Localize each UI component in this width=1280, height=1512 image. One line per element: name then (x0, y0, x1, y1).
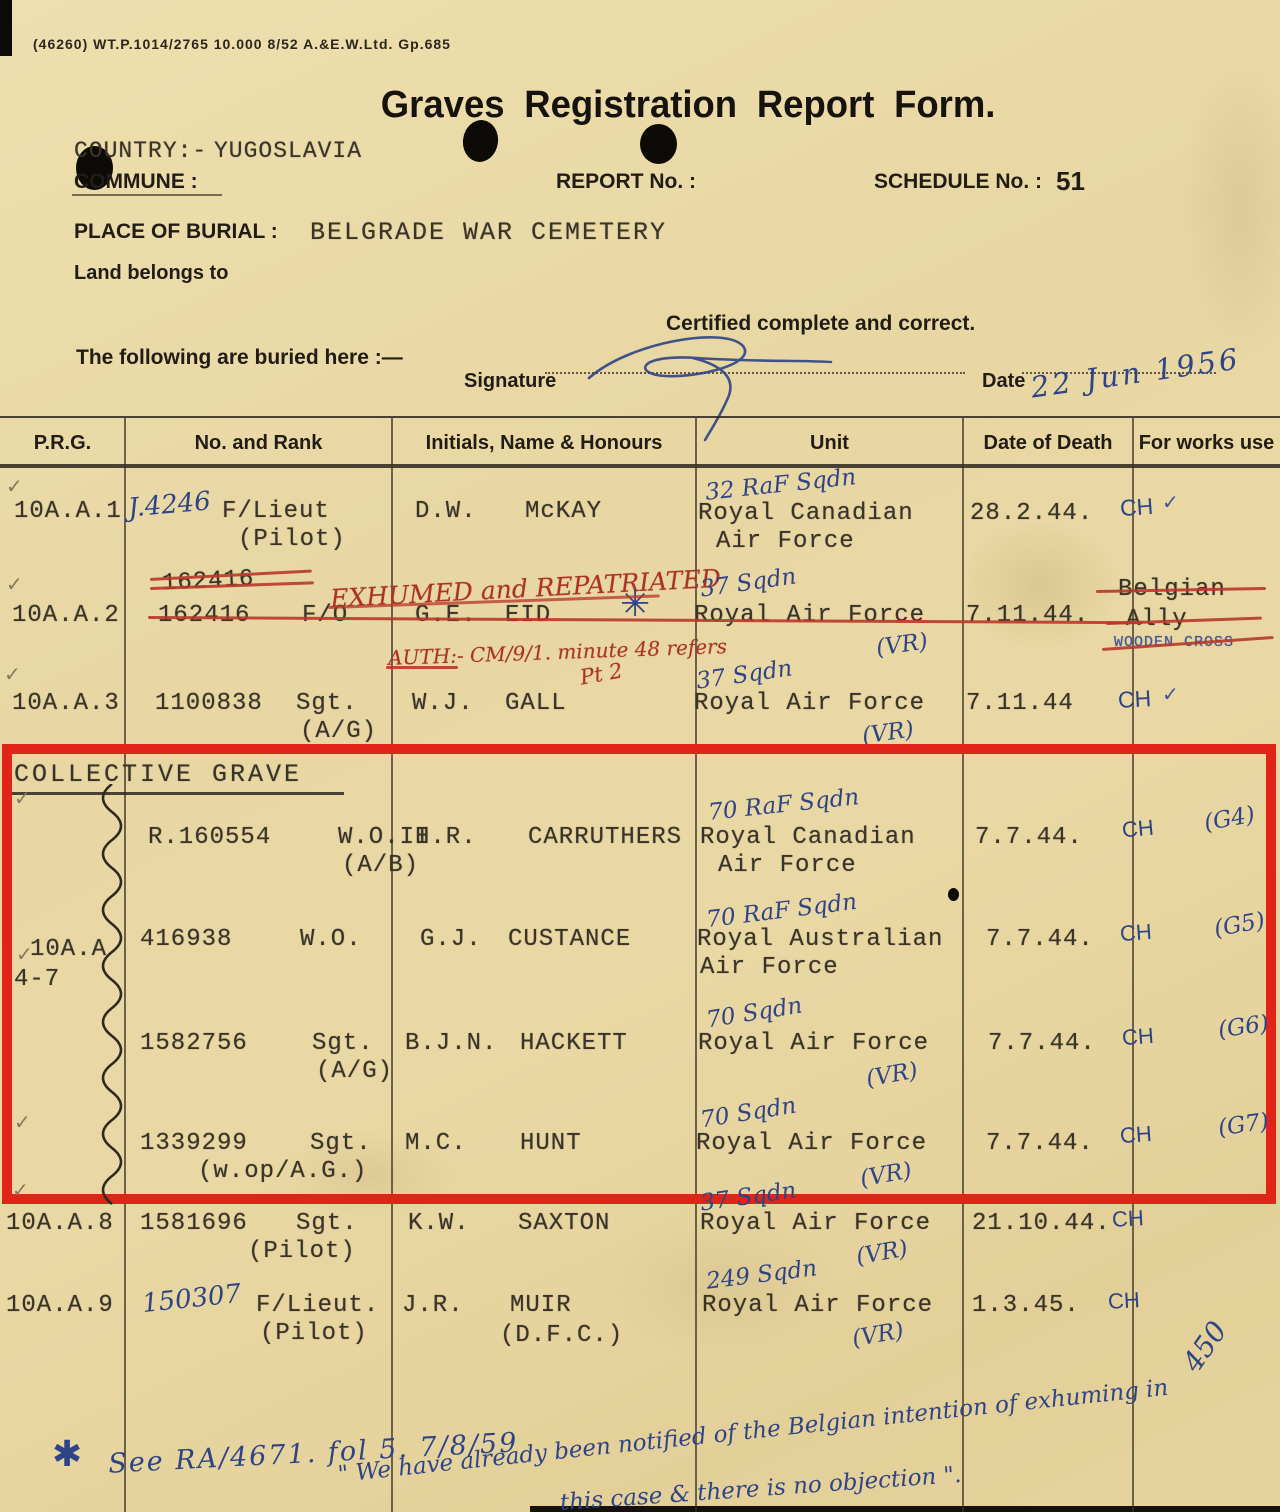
service-no-cell: 416938 (140, 926, 232, 953)
surname-cell: SAXTON (518, 1210, 610, 1237)
rank-cell: Sgt. (312, 1030, 374, 1057)
unit-cell: Royal Canadian (700, 824, 916, 851)
col-header-works: For works use (1133, 432, 1280, 455)
rank-cell-2: (A/G) (316, 1058, 393, 1085)
death-date-cell: 28.2.44. (970, 500, 1093, 527)
initials-cell: D.W. (415, 498, 477, 525)
footnote-quote-line2: this case & there is no objection ". (559, 1462, 962, 1512)
report-no-label: REPORT No. : (556, 170, 696, 194)
unit-cell-2: Air Force (718, 852, 857, 879)
rank-cell-2: (A/B) (342, 852, 419, 879)
auth-annotation: AUTH:- CM/9/1. minute 48 refers (388, 634, 728, 670)
paper-stain (960, 520, 1120, 650)
form-title: Graves Registration Report Form. (381, 84, 996, 127)
death-date-cell: 1.3.45. (972, 1292, 1080, 1319)
works-note: CH (1111, 1205, 1144, 1233)
works-note: CH (1121, 815, 1155, 844)
printer-imprint: (46260) WT.P.1014/2765 10.000 8/52 A.&E.… (33, 36, 451, 52)
unit-cell-2: Air Force (700, 954, 839, 981)
collective-grave-underline (12, 792, 344, 795)
margin-check: ✓ (6, 572, 23, 596)
death-date-cell: 7.11.44. (966, 602, 1089, 629)
pen-line (72, 194, 222, 196)
prg-cell: 10A.A.1 (14, 498, 122, 525)
rank-cell: F/Lieut (222, 498, 330, 525)
date-label: Date (982, 370, 1025, 393)
unit-vr-note: (VR) (854, 1236, 910, 1271)
country-label: COUNTRY:- (74, 138, 207, 164)
land-belongs-label: Land belongs to (74, 262, 228, 285)
commune-label: COMMUNE : (74, 170, 198, 194)
unit-cell-2: Air Force (716, 528, 855, 555)
service-no-handwritten: J.4246 (127, 486, 212, 523)
document-page: (46260) WT.P.1014/2765 10.000 8/52 A.&E.… (0, 0, 1280, 1512)
collective-prg-line2: 4-7 (14, 966, 60, 993)
rank-cell-2: (Pilot) (248, 1238, 356, 1265)
schedule-no-label: SCHEDULE No. : (874, 170, 1042, 194)
signature-scribble (575, 322, 865, 442)
works-check: ✓ (1162, 490, 1179, 514)
col-header-name: Initials, Name & Honours (392, 432, 696, 455)
margin-check: ✓ (12, 1178, 29, 1202)
schedule-no-value: 51 (1056, 166, 1085, 197)
unit-cell: Royal Air Force (700, 1210, 931, 1237)
initials-cell: J.R. (402, 1292, 464, 1319)
unit-cell: Royal Air Force (694, 690, 925, 717)
service-no-cell: 1582756 (140, 1030, 248, 1057)
rank-cell: Sgt. (296, 690, 358, 717)
unit-cell: Royal Air Force (694, 602, 925, 629)
works-check: ✓ (1162, 682, 1179, 706)
margin-check: ✓ (16, 942, 33, 966)
rank-cell: F/Lieut. (256, 1292, 379, 1319)
initials-cell: M.C. (405, 1130, 467, 1157)
honours-cell: (D.F.C.) (500, 1322, 623, 1349)
margin-check: ✓ (14, 786, 31, 810)
table-header-rule (0, 464, 1280, 468)
service-no-cell: 1339299 (140, 1130, 248, 1157)
prg-cell: 10A.A.8 (6, 1210, 114, 1237)
scan-edge-artifact (0, 0, 12, 56)
surname-cell: McKAY (525, 498, 602, 525)
works-note: CH (1121, 1023, 1155, 1051)
service-no-cell: 1100838 (155, 690, 263, 717)
paper-stain (1180, 60, 1280, 360)
works-note: CH (1119, 1121, 1153, 1149)
initials-cell: G.J. (420, 926, 482, 953)
pt2-annotation: Pt 2 (578, 658, 624, 689)
unit-vr-note: (VR) (850, 1318, 906, 1353)
works-note: CH (1119, 493, 1154, 522)
unit-cell: Royal Air Force (696, 1130, 927, 1157)
margin-check: ✓ (4, 662, 21, 686)
squadron-note: 249 Sqdn (705, 1255, 819, 1294)
col-header-prg: P.R.G. (0, 432, 125, 455)
col-header-no-rank: No. and Rank (125, 432, 392, 455)
table-top-rule (0, 416, 1280, 418)
death-date-cell: 7.7.44. (975, 824, 1083, 851)
red-underline (386, 666, 458, 669)
prg-cell: 10A.A.2 (12, 602, 120, 629)
squadron-note: 37 Sqdn (695, 655, 794, 694)
death-date-cell: 7.7.44. (988, 1030, 1096, 1057)
works-note: CH (1117, 685, 1152, 714)
margin-check: ✓ (14, 1110, 31, 1134)
death-date-cell: 7.11.44 (966, 690, 1074, 717)
surname-cell: GALL (505, 690, 567, 717)
works-note: CH (1119, 919, 1153, 947)
col-header-unit: Unit (696, 432, 963, 455)
initials-cell: K.W. (408, 1210, 470, 1237)
death-date-cell: 7.7.44. (986, 1130, 1094, 1157)
collective-grave-label: COLLECTIVE GRAVE (14, 760, 302, 789)
rank-cell: Sgt. (310, 1130, 372, 1157)
rank-cell-2: (Pilot) (238, 526, 346, 553)
rank-cell-2: (Pilot) (260, 1320, 368, 1347)
buried-here-label: The following are buried here :— (76, 346, 403, 370)
works-note: CH (1107, 1287, 1140, 1315)
service-no-handwritten: 150307 (141, 1279, 243, 1319)
initials-cell: B.J.N. (405, 1030, 497, 1057)
initials-cell: H.R. (415, 824, 477, 851)
rank-cell: W.O. (300, 926, 362, 953)
country-value: YUGOSLAVIA (214, 138, 362, 164)
death-date-cell: 21.10.44. (972, 1210, 1111, 1237)
prg-cell: 10A.A.9 (6, 1292, 114, 1319)
signature-label: Signature (464, 370, 556, 393)
collective-brace (86, 784, 126, 1208)
surname-cell: HUNT (520, 1130, 582, 1157)
rank-cell-2: (A/G) (300, 718, 377, 745)
punch-hole (640, 124, 677, 164)
rank-cell: Sgt. (296, 1210, 358, 1237)
footnote-star: ✱ (52, 1434, 82, 1475)
unit-vr-note: (VR) (874, 629, 929, 662)
surname-cell: EID (505, 602, 551, 629)
service-no-cell: R.160554 (148, 824, 271, 851)
col-header-death: Date of Death (963, 432, 1133, 455)
death-date-cell: 7.7.44. (986, 926, 1094, 953)
prg-cell: 10A.A.3 (12, 690, 120, 717)
surname-cell: MUIR (510, 1292, 572, 1319)
surname-cell: HACKETT (520, 1030, 628, 1057)
rank-cell-2: (w.op/A.G.) (198, 1158, 367, 1185)
surname-cell: CUSTANCE (508, 926, 631, 953)
collective-prg-line1: 10A.A (30, 936, 107, 963)
struck-service-no: 162416 (161, 566, 255, 598)
place-of-burial-label: PLACE OF BURIAL : (74, 220, 278, 244)
unit-cell: Royal Canadian (698, 500, 914, 527)
place-of-burial-value: BELGRADE WAR CEMETERY (310, 218, 667, 247)
service-no-cell: 1581696 (140, 1210, 248, 1237)
page-number-note: 450 (1176, 1315, 1234, 1378)
unit-cell: Royal Australian (697, 926, 943, 953)
unit-cell: Royal Air Force (698, 1030, 929, 1057)
initials-cell: G.E. (415, 602, 477, 629)
unit-cell: Royal Air Force (702, 1292, 933, 1319)
surname-cell: CARRUTHERS (528, 824, 682, 851)
initials-cell: W.J. (412, 690, 474, 717)
margin-check: ✓ (6, 474, 23, 498)
date-handwritten: 22 Jun 1956 (1029, 341, 1243, 404)
